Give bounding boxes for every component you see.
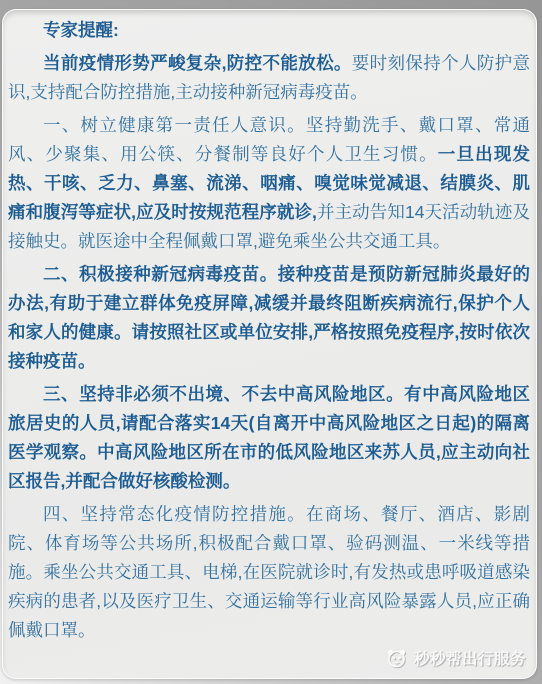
panda-logo-icon (385, 647, 409, 669)
notice-content: 专家提醒:当前疫情形势严峻复杂,防控不能放松。要时刻保持个人防护意识,支持配合防… (3, 10, 536, 649)
text-run: 三、坚持非必须不出境、不去中高风险地区。有中高风险地区旅居史的人员,请配合落实1… (8, 384, 530, 491)
watermark: 秒秒帮出行服务 (385, 647, 526, 669)
text-run: 四、坚持常态化疫情防控措施。在商场、餐厅、酒店、影剧院、体育场等公共场所,积极配… (8, 504, 530, 640)
text-run: 当前疫情形势严峻复杂,防控不能放松。 (43, 53, 352, 73)
text-run: 专家提醒: (43, 20, 119, 40)
item-2-paragraph: 二、积极接种新冠病毒疫苗。接种疫苗是预防新冠肺炎最好的办法,有助于建立群体免疫屏… (8, 260, 530, 376)
item-3-paragraph: 三、坚持非必须不出境、不去中高风险地区。有中高风险地区旅居史的人员,请配合落实1… (8, 380, 530, 496)
watermark-label: 秒秒帮出行服务 (414, 647, 526, 669)
intro-paragraph: 当前疫情形势严峻复杂,防控不能放松。要时刻保持个人防护意识,支持配合防控措施,主… (8, 49, 530, 107)
expert-reminder-heading: 专家提醒: (8, 16, 530, 45)
screenshot-root: 专家提醒:当前疫情形势严峻复杂,防控不能放松。要时刻保持个人防护意识,支持配合防… (0, 0, 542, 684)
item-4-paragraph: 四、坚持常态化疫情防控措施。在商场、餐厅、酒店、影剧院、体育场等公共场所,积极配… (8, 500, 530, 645)
item-1-paragraph: 一、树立健康第一责任人意识。坚持勤洗手、戴口罩、常通风、少聚集、用公筷、分餐制等… (8, 111, 530, 256)
text-run: 二、积极接种新冠病毒疫苗。接种疫苗是预防新冠肺炎最好的办法,有助于建立群体免疫屏… (8, 264, 530, 371)
notice-panel: 专家提醒:当前疫情形势严峻复杂,防控不能放松。要时刻保持个人防护意识,支持配合防… (2, 9, 537, 679)
